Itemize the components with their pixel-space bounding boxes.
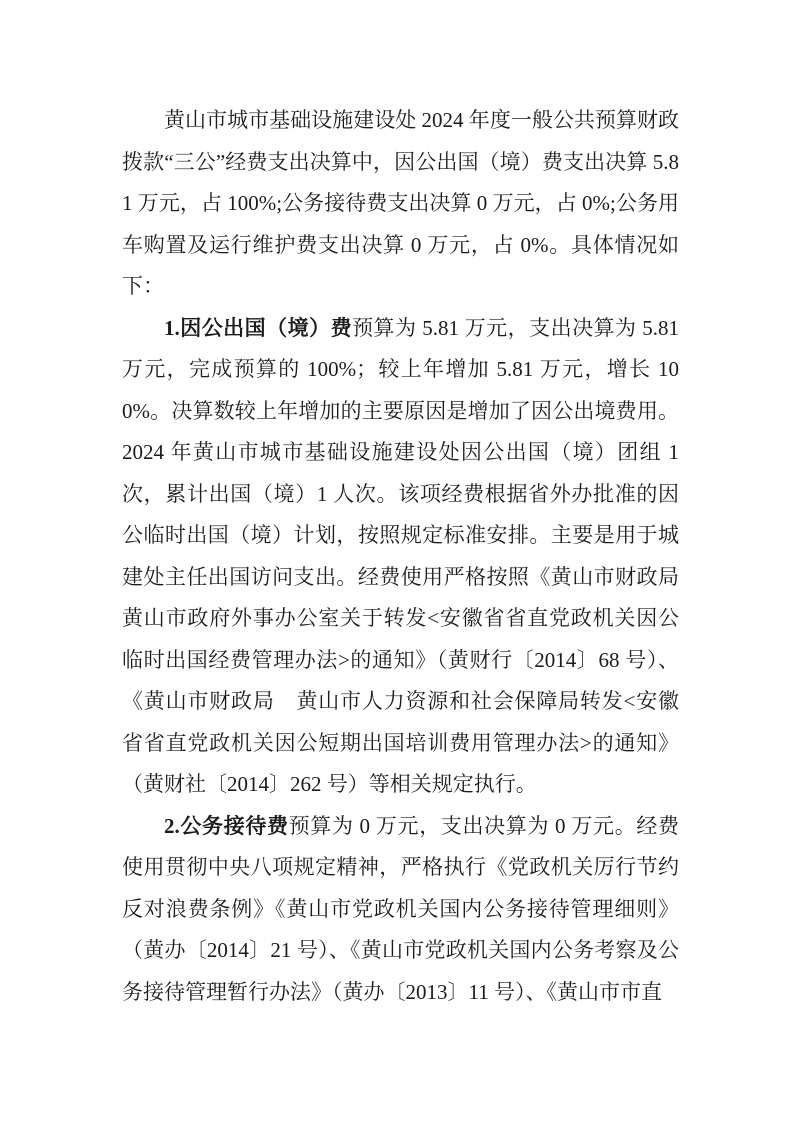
document-page: 黄山市城市基础设施建设处 2024 年度一般公共预算财政拨款“三公”经费支出决算… bbox=[0, 0, 793, 1122]
paragraph-section-1: 1.因公出国（境）费预算为 5.81 万元，支出决算为 5.81 万元，完成预算… bbox=[122, 308, 679, 806]
paragraph-intro: 黄山市城市基础设施建设处 2024 年度一般公共预算财政拨款“三公”经费支出决算… bbox=[122, 100, 679, 308]
document-body: 黄山市城市基础设施建设处 2024 年度一般公共预算财政拨款“三公”经费支出决算… bbox=[122, 100, 679, 1013]
section-2-heading: 2.公务接待费 bbox=[164, 814, 289, 838]
section-1-text: 预算为 5.81 万元，支出决算为 5.81 万元，完成预算的 100%；较上年… bbox=[122, 316, 700, 797]
paragraph-section-2: 2.公务接待费预算为 0 万元，支出决算为 0 万元。经费使用贯彻中央八项规定精… bbox=[122, 806, 679, 1014]
section-1-heading: 1.因公出国（境）费 bbox=[164, 316, 352, 340]
paragraph-intro-text: 黄山市城市基础设施建设处 2024 年度一般公共预算财政拨款“三公”经费支出决算… bbox=[122, 108, 679, 298]
section-2-text: 预算为 0 万元，支出决算为 0 万元。经费使用贯彻中央八项规定精神，严格执行《… bbox=[122, 814, 679, 1004]
